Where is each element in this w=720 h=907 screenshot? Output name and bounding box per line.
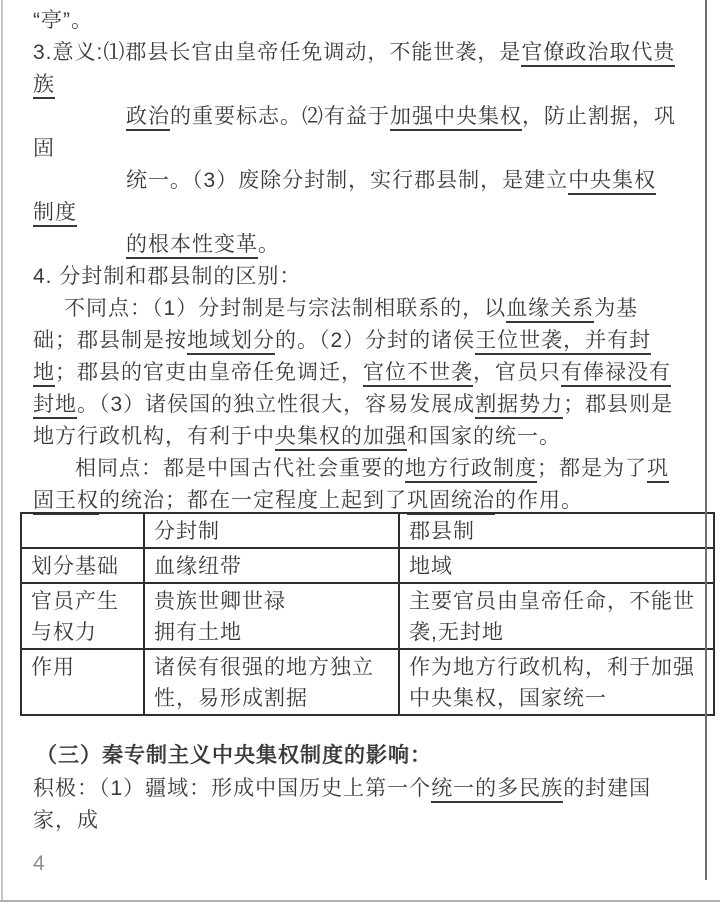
underlined-text: 政治: [126, 105, 170, 131]
text-line: 的根本性变革。: [126, 231, 280, 258]
underlined-text: 巩: [647, 457, 669, 483]
underlined-text: 制度: [33, 201, 77, 227]
underlined-text: 中央集权: [568, 169, 656, 195]
text-segment: 和国家的统一。: [407, 425, 561, 448]
table-cell: 分封制: [144, 513, 399, 548]
text-segment: 。（3）诸侯国的独立性很大，容易发展成: [77, 393, 475, 416]
underlined-text: 央集权的加强: [275, 425, 407, 451]
text-segment: 统一。（3）废除分封制，实行郡县制，是建立: [126, 169, 568, 192]
text-segment: ，防止割据，巩: [522, 105, 676, 128]
text-segment: 地方行政机构，有利于中: [33, 425, 275, 448]
underlined-text: 官位不世袭: [363, 361, 473, 387]
table-cell: 作用: [21, 649, 144, 715]
text-line: 政治的重要标志。⑵有益于加强中央集权，防止割据，巩: [126, 103, 676, 130]
table-body: 分封制郡县制划分基础血缘纽带地域官员产生 与权力贵族世卿世禄 拥有土地主要官员由…: [21, 513, 714, 715]
text-segment: 4. 分封制和郡县制的区别：: [33, 265, 301, 288]
text-segment: 的封建国: [563, 777, 651, 800]
text-segment: ；都是为了: [537, 457, 647, 480]
text-segment: 。: [258, 233, 280, 256]
underlined-text: 王位世袭，并有封: [475, 329, 651, 355]
text-segment: （三）秦专制主义中央集权制度的影响：: [36, 744, 432, 767]
table-cell: 作为地方行政机构，利于加强 中央集权，国家统一: [399, 649, 714, 715]
underlined-text: 地方行政制度: [405, 457, 537, 483]
text-line: 4. 分封制和郡县制的区别：: [33, 263, 301, 290]
underlined-text: 封地: [33, 393, 77, 419]
underlined-text: 族: [33, 73, 55, 99]
text-segment: ，官员只: [473, 361, 561, 384]
table-header-row: 分封制郡县制: [21, 513, 714, 548]
comparison-table: 分封制郡县制划分基础血缘纽带地域官员产生 与权力贵族世卿世禄 拥有土地主要官员由…: [20, 512, 715, 716]
text-segment: 的。（2）分封的诸侯: [275, 329, 475, 352]
text-segment: 3.意义:⑴郡县长官由皇帝任免调动，不能世袭，是: [33, 41, 521, 64]
text-segment: 积极：（1）疆域：形成中国历史上第一个: [33, 777, 431, 800]
text-segment: 础；郡县制是按: [33, 329, 187, 352]
text-line: “亭”。: [33, 7, 93, 34]
table-cell: 诸侯有很强的地方独立 性，易形成割据: [144, 649, 399, 715]
table-cell: [21, 513, 144, 548]
text-line: 地方行政机构，有利于中央集权的加强和国家的统一。: [33, 423, 561, 450]
underlined-text: 地域划分: [187, 329, 275, 355]
section-heading-line: （三）秦专制主义中央集权制度的影响：: [36, 742, 432, 769]
scan-right-rule: [705, 0, 707, 880]
text-segment: 为基: [594, 297, 638, 320]
text-segment: 相同点：都是中国古代社会重要的: [75, 457, 405, 480]
underlined-text: 有俸禄没有: [561, 361, 671, 387]
page-number: 4: [33, 852, 45, 876]
table-cell: 血缘纽带: [144, 548, 399, 583]
text-line: 础；郡县制是按地域划分的。（2）分封的诸侯王位世袭，并有封: [33, 327, 651, 354]
text-line: 积极：（1）疆域：形成中国历史上第一个统一的多民族的封建国: [33, 775, 651, 802]
text-segment: 固: [33, 137, 55, 160]
table-cell: 贵族世卿世禄 拥有土地: [144, 583, 399, 649]
table-cell: 郡县制: [399, 513, 714, 548]
text-line: 地；郡县的官吏由皇帝任免调迁，官位不世袭，官员只有俸禄没有: [33, 359, 671, 386]
text-segment: ；郡县的官吏由皇帝任免调迁，: [55, 361, 363, 384]
underlined-text: 割据势力: [475, 393, 563, 419]
document-page: “亭”。3.意义:⑴郡县长官由皇帝任免调动，不能世袭，是官僚政治取代贵族政治的重…: [0, 0, 720, 907]
text-segment: 的作用。: [495, 489, 583, 512]
text-line: 家，成: [33, 807, 99, 834]
text-segment: 的重要标志。⑵有益于: [170, 105, 390, 128]
text-line: 不同点：（1）分封制是与宗法制相联系的，以血缘关系为基: [64, 295, 638, 322]
text-segment: 家，成: [33, 809, 99, 832]
text-line: 相同点：都是中国古代社会重要的地方行政制度；都是为了巩: [75, 455, 669, 482]
text-segment: 的统治；都在一定程度上起到了: [99, 489, 407, 512]
underlined-text: 的根本性变革: [126, 233, 258, 259]
text-segment: 不同点：（1）分封制是与宗法制相联系的，以: [64, 297, 506, 320]
text-line: 封地。（3）诸侯国的独立性很大，容易发展成割据势力；郡县则是: [33, 391, 673, 418]
underlined-text: 血缘关系: [506, 297, 594, 323]
text-layer: “亭”。3.意义:⑴郡县长官由皇帝任免调动，不能世袭，是官僚政治取代贵族政治的重…: [0, 0, 720, 907]
table-cell: 主要官员由皇帝任命，不能世 袭,无封地: [399, 583, 714, 649]
text-line: 统一。（3）废除分封制，实行郡县制，是建立中央集权: [126, 167, 656, 194]
text-line: 3.意义:⑴郡县长官由皇帝任免调动，不能世袭，是官僚政治取代贵: [33, 39, 675, 66]
underlined-text: 统一的多民族: [431, 777, 563, 803]
text-segment: “亭”。: [33, 9, 93, 32]
text-line: 族: [33, 71, 55, 98]
underlined-text: 加强中央集权: [390, 105, 522, 131]
underlined-text: 官僚政治取代贵: [521, 41, 675, 67]
table-row: 划分基础血缘纽带地域: [21, 548, 714, 583]
table-cell: 官员产生 与权力: [21, 583, 144, 649]
table-cell: 划分基础: [21, 548, 144, 583]
text-line: 固王权的统治；都在一定程度上起到了巩固统治的作用。: [33, 487, 583, 514]
table-row: 官员产生 与权力贵族世卿世禄 拥有土地主要官员由皇帝任命，不能世 袭,无封地: [21, 583, 714, 649]
text-line: 固: [33, 135, 55, 162]
text-segment: ；郡县则是: [563, 393, 673, 416]
text-line: 制度: [33, 199, 77, 226]
underlined-text: 地: [33, 361, 55, 387]
table-cell: 地域: [399, 548, 714, 583]
table-row: 作用诸侯有很强的地方独立 性，易形成割据作为地方行政机构，利于加强 中央集权，国…: [21, 649, 714, 715]
